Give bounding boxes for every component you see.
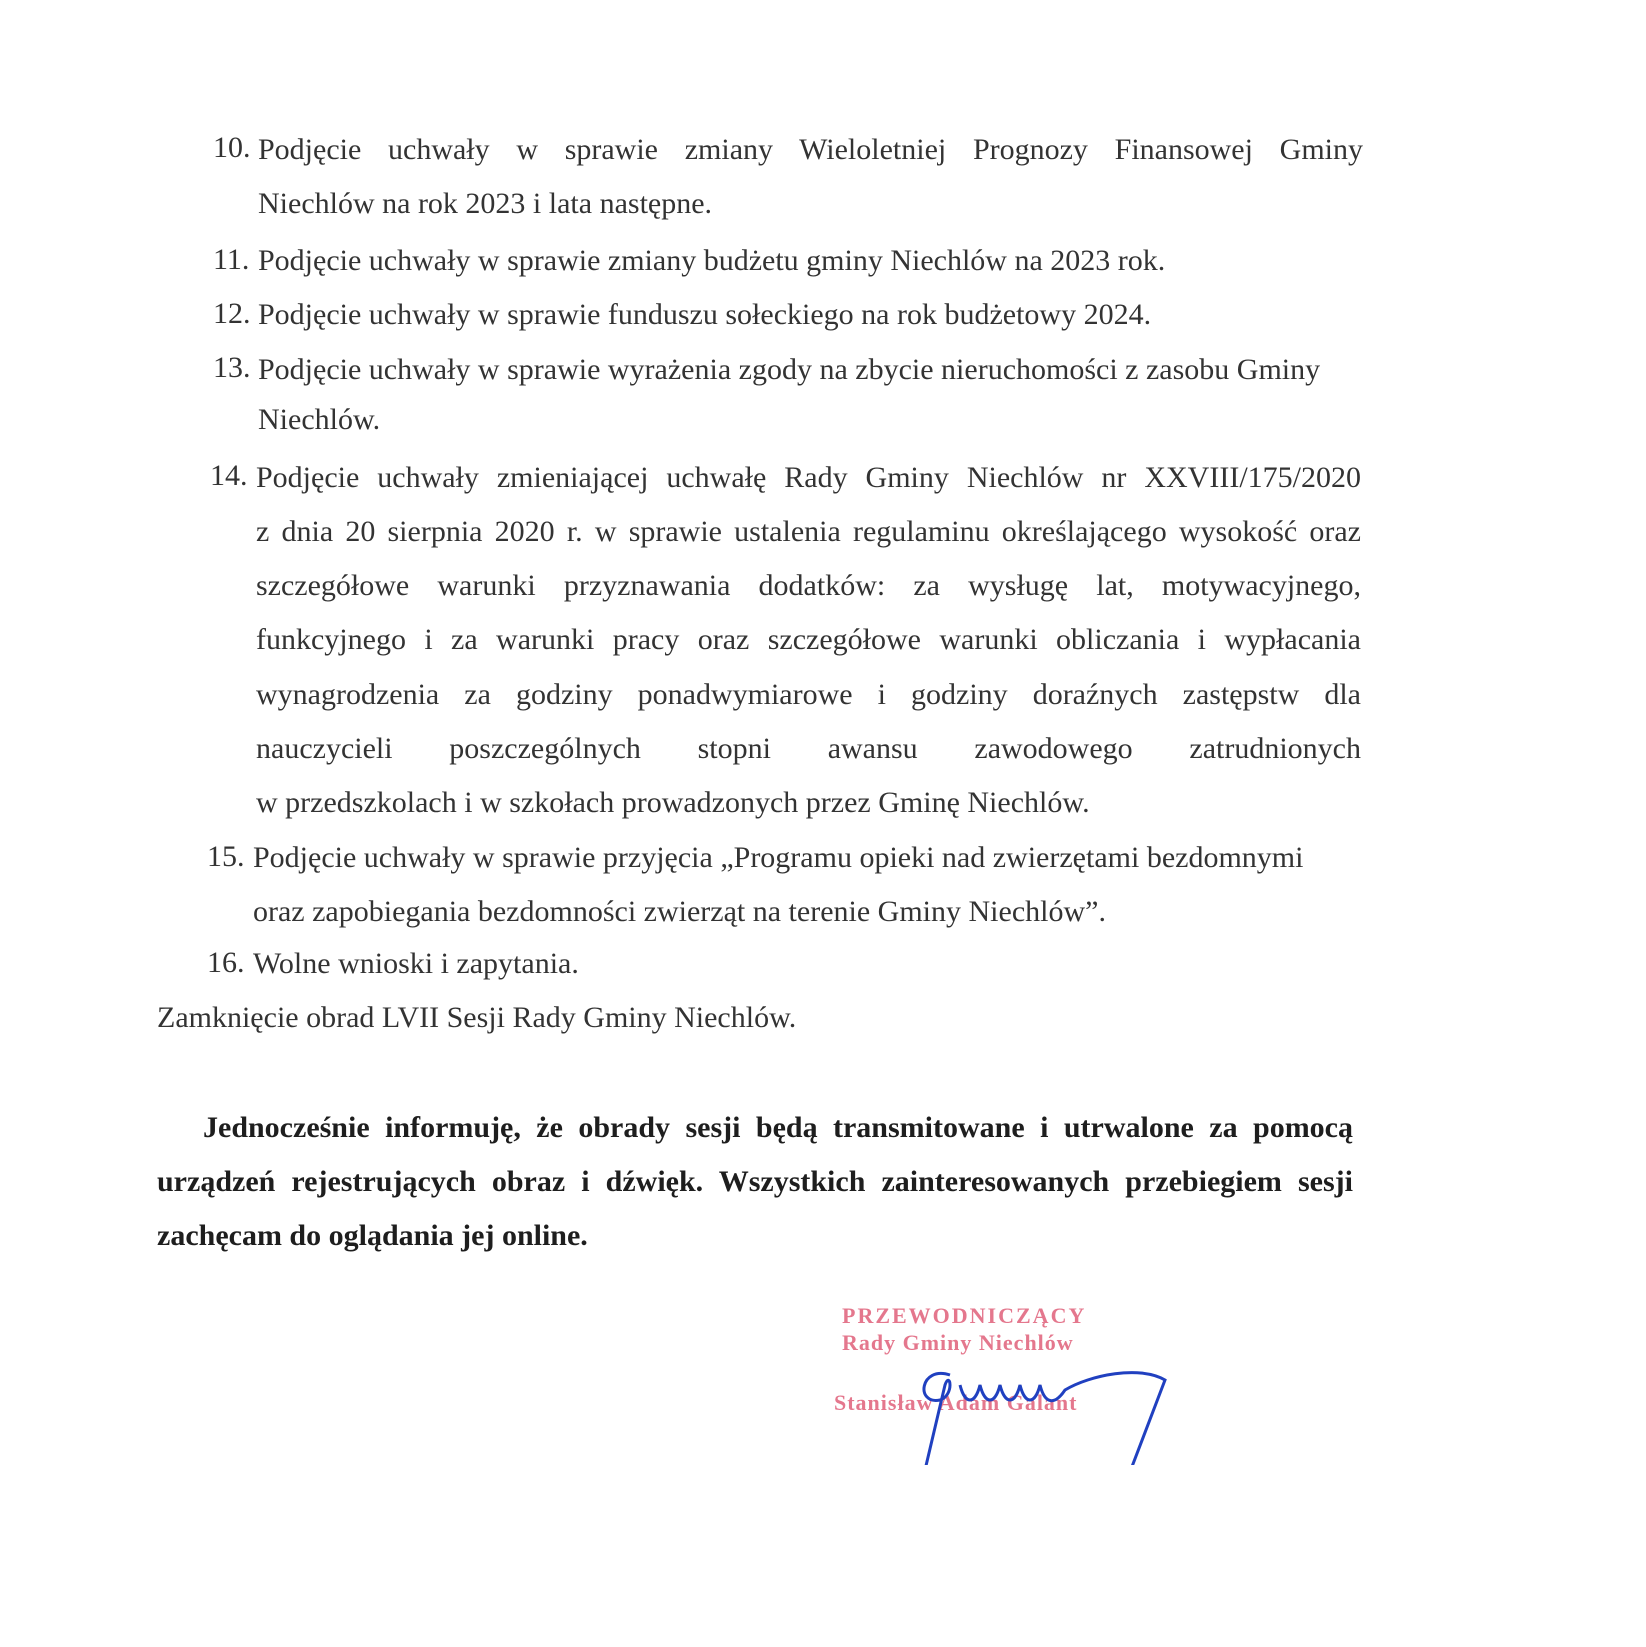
agenda-item-13-line-2: Niechlów. bbox=[258, 402, 380, 438]
notice-line-1: Jednocześnie informuję, że obrady sesji … bbox=[203, 1110, 1353, 1146]
agenda-item-15-line-1: Podjęcie uchwały w sprawie przyjęcia „Pr… bbox=[253, 840, 1303, 876]
agenda-item-14-line-5: wynagrodzenia za godziny ponadwymiarowe … bbox=[256, 677, 1361, 713]
agenda-item-14-line-1: Podjęcie uchwały zmieniającej uchwałę Ra… bbox=[256, 460, 1361, 496]
agenda-item-12-line-1: Podjęcie uchwały w sprawie funduszu sołe… bbox=[258, 297, 1151, 333]
agenda-number-14: 14. bbox=[210, 458, 248, 494]
agenda-item-10-line-2: Niechlów na rok 2023 i lata następne. bbox=[258, 186, 712, 222]
closing-statement: Zamknięcie obrad LVII Sesji Rady Gminy N… bbox=[157, 1000, 796, 1036]
notice-line-2: urządzeń rejestrujących obraz i dźwięk. … bbox=[157, 1164, 1353, 1200]
agenda-item-14-line-6: nauczycieli poszczególnych stopni awansu… bbox=[256, 731, 1361, 767]
agenda-number-11: 11. bbox=[213, 242, 249, 278]
agenda-item-14-line-4: funkcyjnego i za warunki pracy oraz szcz… bbox=[256, 622, 1361, 658]
agenda-number-15: 15. bbox=[207, 839, 245, 875]
agenda-item-10-line-1: Podjęcie uchwały w sprawie zmiany Wielol… bbox=[258, 132, 1363, 168]
agenda-number-10: 10. bbox=[213, 130, 251, 166]
agenda-item-11-line-1: Podjęcie uchwały w sprawie zmiany budżet… bbox=[258, 243, 1165, 279]
agenda-item-14-line-3: szczegółowe warunki przyznawania dodatkó… bbox=[256, 568, 1361, 604]
agenda-item-14-line-2: z dnia 20 sierpnia 2020 r. w sprawie ust… bbox=[256, 514, 1361, 550]
agenda-item-14-line-7: w przedszkolach i w szkołach prowadzonyc… bbox=[256, 785, 1090, 821]
agenda-item-16-line-1: Wolne wnioski i zapytania. bbox=[253, 946, 579, 982]
agenda-number-12: 12. bbox=[213, 296, 251, 332]
handwritten-signature bbox=[900, 1345, 1180, 1465]
agenda-item-15-line-2: oraz zapobiegania bezdomności zwierząt n… bbox=[253, 894, 1106, 930]
notice-line-3: zachęcam do oglądania jej online. bbox=[157, 1218, 588, 1254]
agenda-number-16: 16. bbox=[207, 945, 245, 981]
stamp-title: PRZEWODNICZĄCY bbox=[842, 1303, 1086, 1329]
agenda-item-13-line-1: Podjęcie uchwały w sprawie wyrażenia zgo… bbox=[258, 352, 1320, 388]
agenda-number-13: 13. bbox=[213, 350, 251, 386]
